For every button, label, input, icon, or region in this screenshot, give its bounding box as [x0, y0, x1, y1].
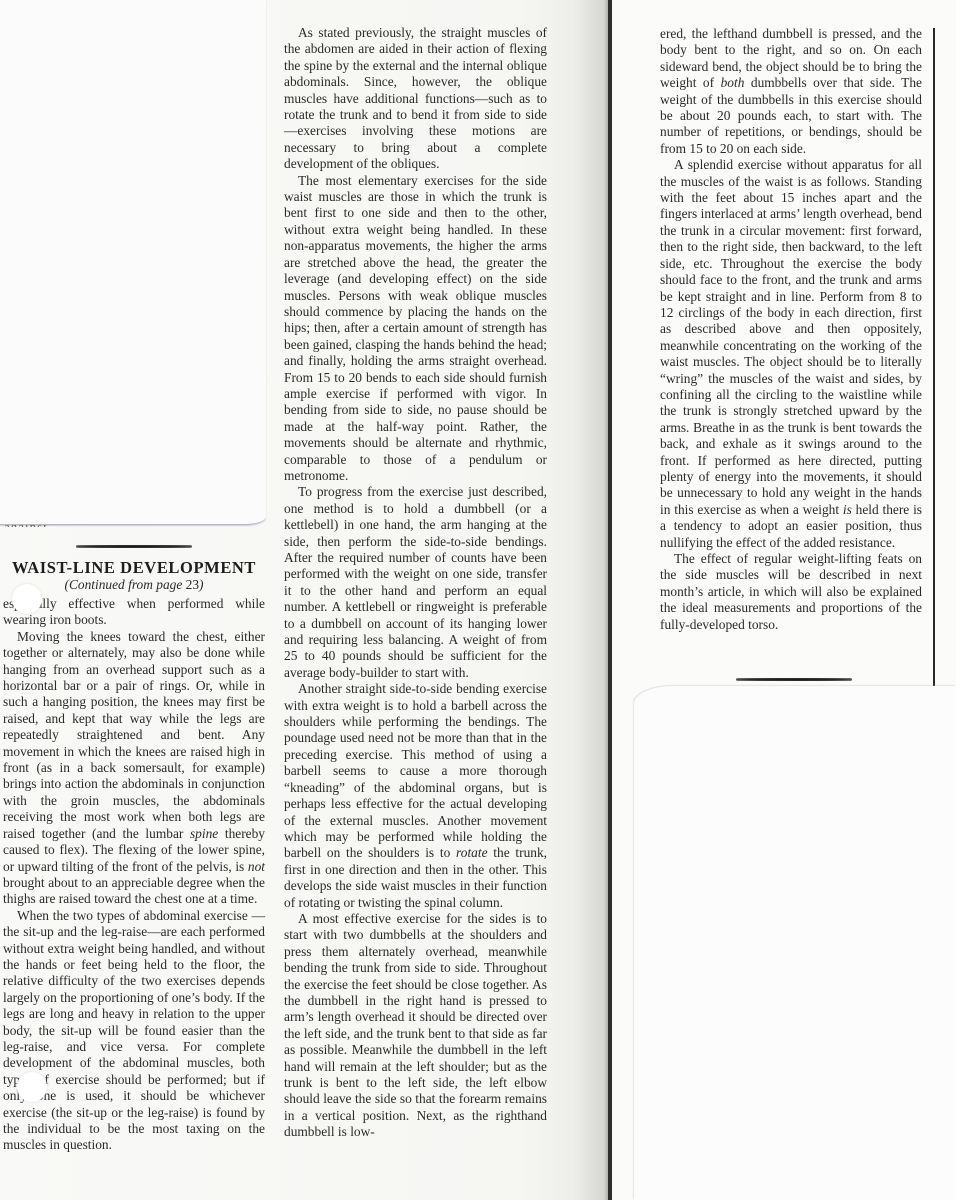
right-text-column: ered, the lefthand dumbbell is pressed, …	[660, 26, 922, 633]
section-divider-rule	[76, 545, 192, 548]
paragraph: Another straight side-to-side bending ex…	[284, 681, 547, 911]
paragraph: ered, the lefthand dumbbell is pressed, …	[660, 26, 922, 157]
paper-overlay-top-left	[0, 0, 266, 525]
article-title: WAIST-LINE DEVELOPMENT	[3, 558, 265, 578]
punch-hole	[12, 584, 42, 614]
punch-hole	[17, 1072, 47, 1102]
paragraph: Moving the knees toward the chest, eithe…	[3, 629, 265, 908]
continued-from-note: (Continued from page 23)	[3, 577, 265, 593]
paragraph: As stated previously, the straight muscl…	[284, 25, 547, 173]
paragraph: To progress from the exercise just descr…	[284, 484, 547, 681]
paragraph: When the two types of abdominal exercise…	[3, 908, 265, 1154]
middle-text-column: As stated previously, the straight muscl…	[284, 25, 547, 1141]
paragraph: The most elementary exercises for the si…	[284, 173, 547, 485]
paragraph: especially effective when performed whil…	[3, 596, 265, 629]
paragraph: The effect of regular weight-lifting fea…	[660, 551, 922, 633]
column-border-line	[933, 28, 935, 686]
left-text-column: especially effective when performed whil…	[3, 596, 265, 1154]
end-of-article-rule	[736, 678, 852, 681]
paragraph: A splendid exercise without apparatus fo…	[660, 157, 922, 551]
continued-page-number: 23	[186, 577, 199, 592]
paper-overlay-bottom-right	[634, 686, 956, 1200]
paragraph: A most effective exercise for the sides …	[284, 911, 547, 1141]
